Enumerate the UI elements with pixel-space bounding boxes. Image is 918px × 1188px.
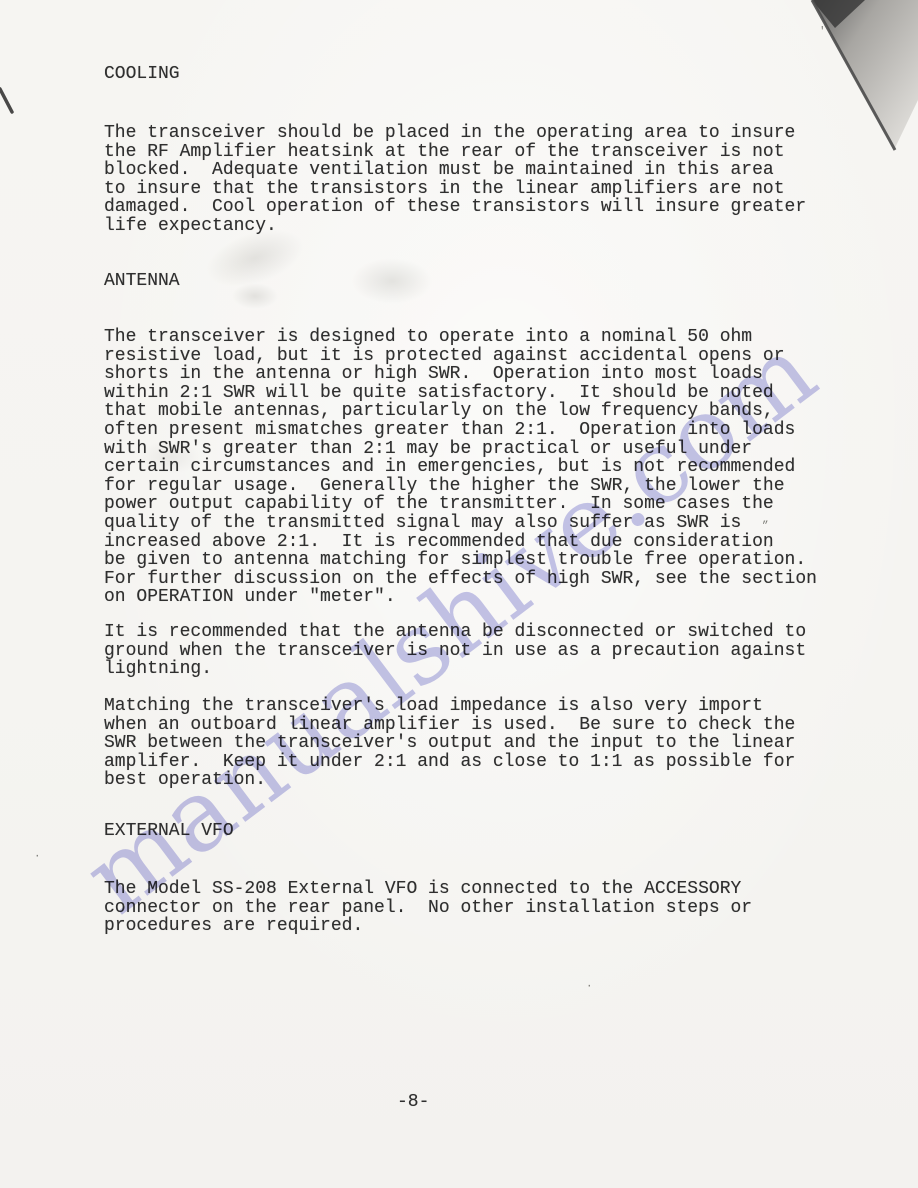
bottom-corner-shade xyxy=(778,1068,918,1188)
scanned-manual-page: manualshive.com COOLING The transceiver … xyxy=(0,0,918,1188)
scan-speck: · xyxy=(586,981,593,993)
scan-speck: · xyxy=(767,541,774,553)
scan-speck: · xyxy=(34,851,41,863)
paragraph-external-vfo: The Model SS-208 External VFO is connect… xyxy=(104,880,752,936)
paragraph-cooling: The transceiver should be placed in the … xyxy=(104,124,806,236)
scan-speck: „ xyxy=(762,514,769,526)
paragraph-antenna-3: Matching the transceiver's load impedanc… xyxy=(104,697,795,790)
section-heading-cooling: COOLING xyxy=(104,65,180,84)
paragraph-antenna-1: The transceiver is designed to operate i… xyxy=(104,328,817,607)
section-heading-antenna: ANTENNA xyxy=(104,272,180,291)
scan-speck: ° xyxy=(735,479,742,491)
page-corner-fold-artifact xyxy=(743,0,918,160)
scan-smudge xyxy=(232,283,278,309)
section-heading-external-vfo: EXTERNAL VFO xyxy=(104,822,234,841)
paragraph-antenna-2: It is recommended that the antenna be di… xyxy=(104,623,806,679)
page-number: -8- xyxy=(397,1093,429,1112)
scan-smudge xyxy=(352,258,432,304)
left-edge-mark-artifact xyxy=(0,84,16,118)
